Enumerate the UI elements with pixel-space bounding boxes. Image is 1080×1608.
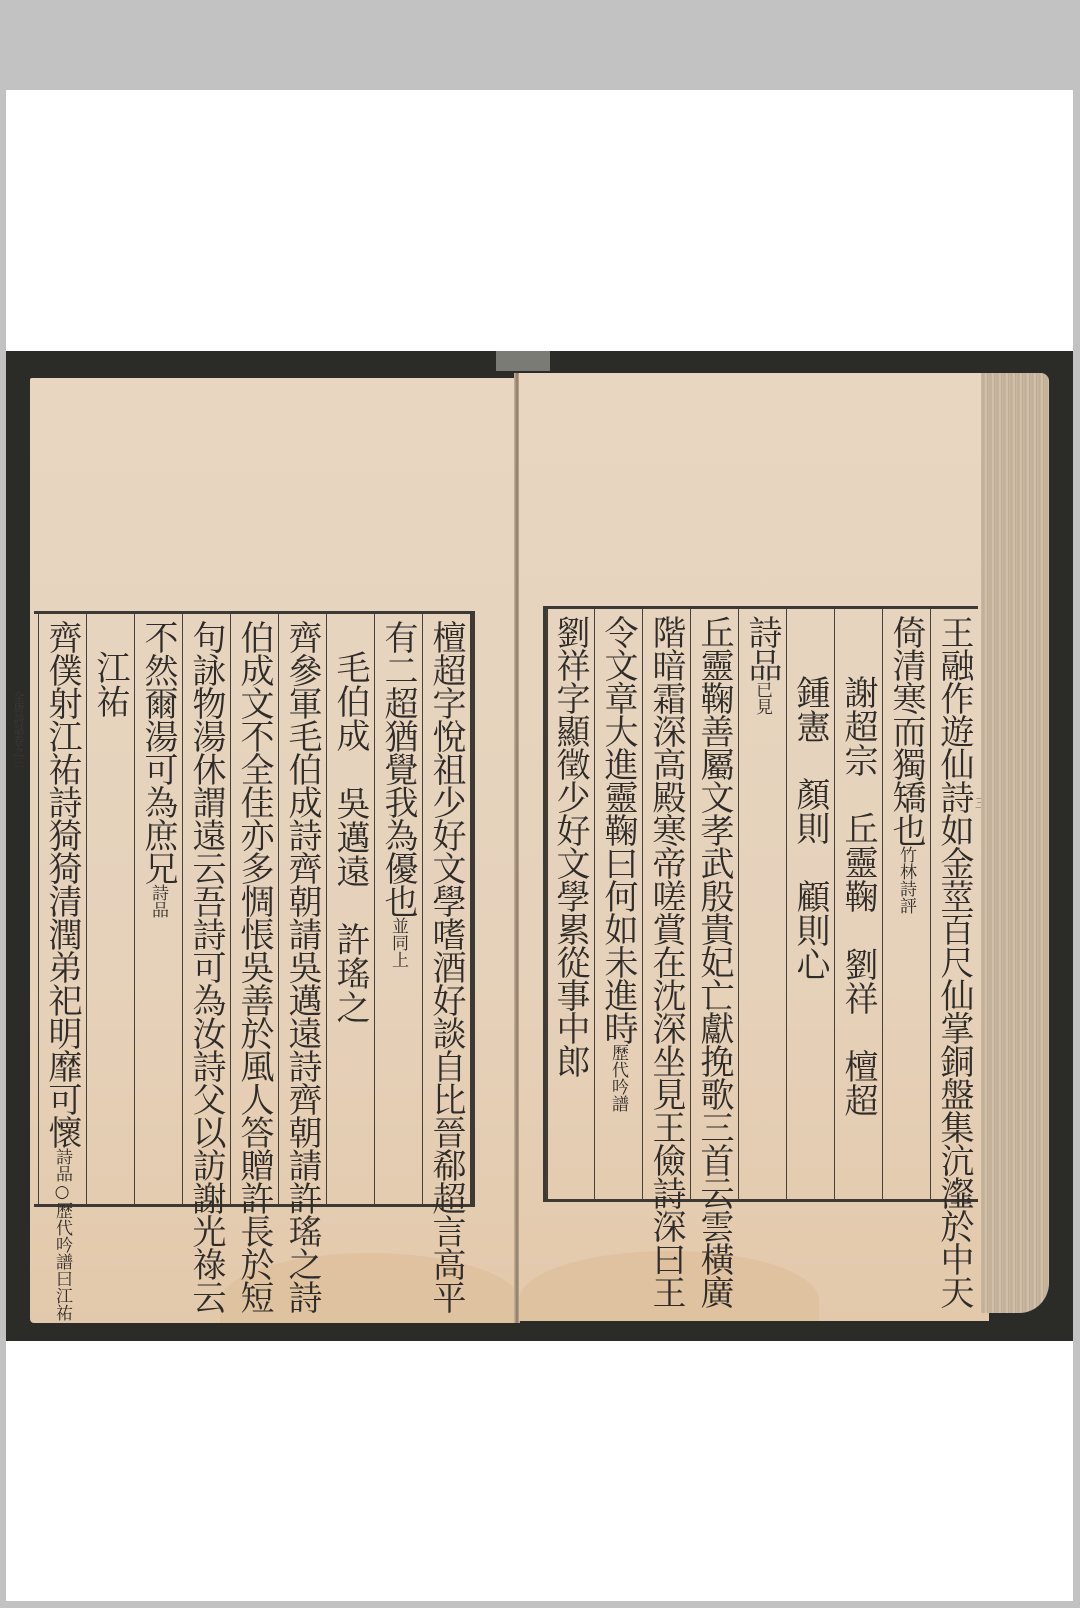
text-column: 句詠物湯休謂遠云吾詩可為汝詩父以訪謝光祿云 <box>182 614 230 1204</box>
right-page: 全唐詩話卷之三 三 王融作遊仙詩如金莖百尺仙掌銅盤集沆瀣於中天 倚清寒而獨矯也竹… <box>519 373 989 1321</box>
spine-tab <box>496 351 550 371</box>
text-column: 令文章大進靈鞠曰何如未進時歷代吟譜 <box>594 609 642 1199</box>
column-text: 王融作遊仙詩如金莖百尺仙掌銅盤集沆瀣於中天 <box>934 615 974 1308</box>
text-column: 王融作遊仙詩如金莖百尺仙掌銅盤集沆瀣於中天 <box>930 609 978 1199</box>
column-text: 不然爾湯可為庶兄 <box>138 620 178 884</box>
text-column: 倚清寒而獨矯也竹林詩評 <box>882 609 930 1199</box>
text-column: 齊參軍毛伯成詩齊朝請吳邁遠詩齊朝請許瑤之詩 <box>278 614 326 1204</box>
column-note: 歷代吟譜 <box>607 1044 629 1112</box>
fold-margin-title: 全唐詩話卷之三 <box>8 691 28 841</box>
page-stack-edge <box>981 373 1049 1313</box>
left-columns: 檀超字悅祖少好文學嗜酒好談自比晉郗超言高平 有二超猶覺我為優也並同上 毛伯成 吳… <box>34 614 470 1204</box>
text-column: 伯成文不全佳亦多惆悵吳善於風人答贈許長於短 <box>230 614 278 1204</box>
column-text: 劉祥字顯徵少好文學累從事中郎 <box>550 615 590 1077</box>
names-column: 毛伯成 吳邁遠 許瑤之 <box>326 614 374 1204</box>
column-note: 並同上 <box>387 917 409 968</box>
column-text: 階暗霜深高殿寒帝嗟賞在沈深坐見王儉詩深曰王 <box>646 615 686 1308</box>
text-column: 有二超猶覺我為優也並同上 <box>374 614 422 1204</box>
left-text-frame: 檀超字悅祖少好文學嗜酒好談自比晉郗超言高平 有二超猶覺我為優也並同上 毛伯成 吳… <box>34 611 475 1207</box>
column-text: 令文章大進靈鞠曰何如未進時 <box>598 615 638 1044</box>
column-note: 詩品 <box>147 884 169 918</box>
fold-margin-page-number: 四 <box>6 801 8 1207</box>
right-columns: 王融作遊仙詩如金莖百尺仙掌銅盤集沆瀣於中天 倚清寒而獨矯也竹林詩評 謝超宗 丘靈… <box>548 609 978 1199</box>
column-text: 檀超字悅祖少好文學嗜酒好談自比晉郗超言高平 <box>426 620 466 1313</box>
names-column: 江祐 <box>86 614 134 1204</box>
names-column: 鍾憲 顏則 顧則心 <box>786 609 834 1199</box>
column-text: 詩品 <box>742 615 782 681</box>
names-column: 謝超宗 丘靈鞠 劉祥 檀超 <box>834 609 882 1199</box>
column-note: 竹林詩評 <box>895 846 917 914</box>
column-text: 毛伯成 吳邁遠 許瑤之 <box>330 650 370 1024</box>
column-text: 齊參軍毛伯成詩齊朝請吳邁遠詩齊朝請許瑤之詩 <box>282 620 322 1313</box>
column-text: 齊僕射江祐詩猗猗清潤弟祀明靡可懷 <box>42 620 82 1148</box>
text-column: 劉祥字顯徵少好文學累從事中郎 <box>546 609 594 1199</box>
column-text: 有二超猶覺我為優也 <box>378 620 418 917</box>
column-note: 詩品○歷代吟譜曰江祐 <box>51 1148 73 1321</box>
text-column: 齊僕射江祐詩猗猗清潤弟祀明靡可懷詩品○歷代吟譜曰江祐 <box>38 614 86 1204</box>
right-text-frame: 王融作遊仙詩如金莖百尺仙掌銅盤集沆瀣於中天 倚清寒而獨矯也竹林詩評 謝超宗 丘靈… <box>543 606 978 1202</box>
column-note: 已見 <box>751 681 773 715</box>
text-column: 詩品已見 <box>738 609 786 1199</box>
image-viewer: 全唐詩話卷之三 四 檀超字悅祖少好文學嗜酒好談自比晉郗超言高平 有二超猶覺我為優… <box>6 90 1073 1601</box>
text-column: 檀超字悅祖少好文學嗜酒好談自比晉郗超言高平 <box>422 614 470 1204</box>
column-text: 江祐 <box>90 650 130 718</box>
column-text: 伯成文不全佳亦多惆悵吳善於風人答贈許長於短 <box>234 620 274 1313</box>
book-photograph: 全唐詩話卷之三 四 檀超字悅祖少好文學嗜酒好談自比晉郗超言高平 有二超猶覺我為優… <box>6 351 1073 1341</box>
left-fold-margin: 全唐詩話卷之三 四 <box>8 611 28 1207</box>
text-column: 階暗霜深高殿寒帝嗟賞在沈深坐見王儉詩深曰王 <box>642 609 690 1199</box>
column-text: 丘靈鞠善屬文孝武殷貴妃亡獻挽歌三首云雲橫廣 <box>694 615 734 1308</box>
left-page: 全唐詩話卷之三 四 檀超字悅祖少好文學嗜酒好談自比晉郗超言高平 有二超猶覺我為優… <box>30 378 517 1323</box>
text-column: 丘靈鞠善屬文孝武殷貴妃亡獻挽歌三首云雲橫廣 <box>690 609 738 1199</box>
text-column: 不然爾湯可為庶兄詩品 <box>134 614 182 1204</box>
column-text: 句詠物湯休謂遠云吾詩可為汝詩父以訪謝光祿云 <box>186 620 226 1313</box>
column-text: 倚清寒而獨矯也 <box>886 615 926 846</box>
column-text: 鍾憲 顏則 顧則心 <box>790 675 830 981</box>
column-text: 謝超宗 丘靈鞠 劉祥 檀超 <box>838 675 878 1117</box>
